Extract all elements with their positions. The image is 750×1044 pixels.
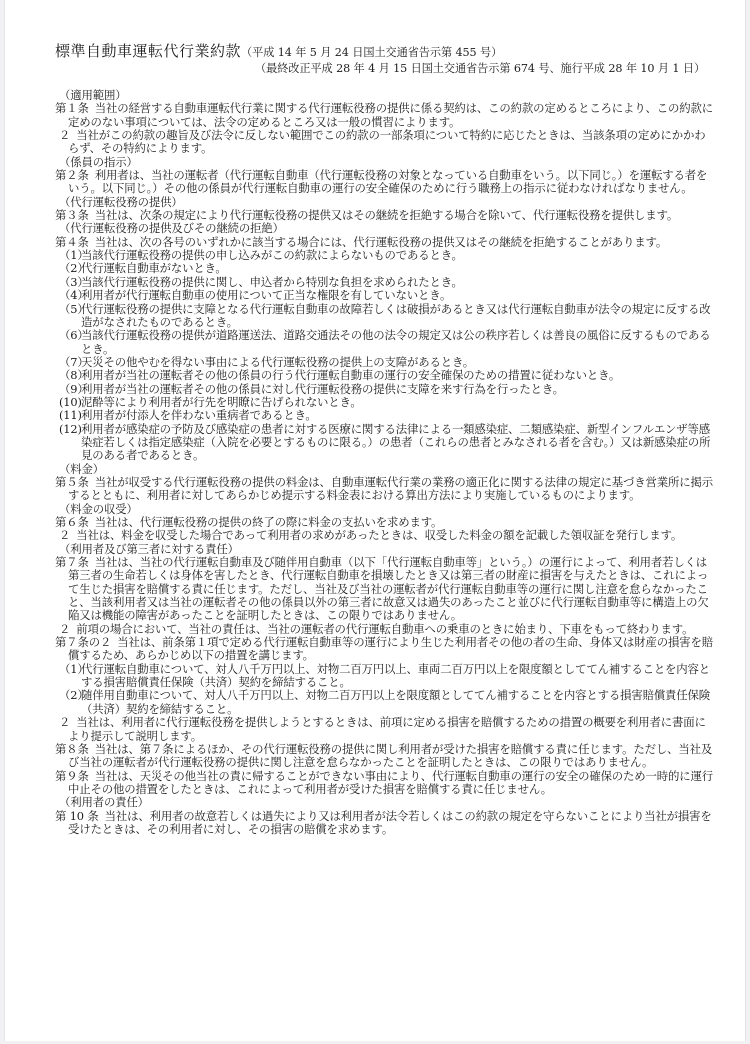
section-heading: （料金） bbox=[55, 463, 715, 476]
revision-note: （最終改正平成 28 年 4 月 15 日国土交通省告示第 674 号、施行平成… bbox=[55, 62, 715, 76]
article-7-paragraph-2: ２前項の場合において、当社の責任は、当社の運転者の代行運転自動車への乗車のときに… bbox=[55, 623, 715, 636]
article-1-paragraph-2: ２当社がこの約款の趣旨及び法令に反しない範囲でこの約款の一部条項について特約に応… bbox=[55, 129, 715, 156]
paragraph-text: 当社は、利用者に代行運転役務を提供しようとするときは、前項に定める損害を賠償する… bbox=[68, 715, 706, 742]
item-number: （4） bbox=[59, 289, 81, 302]
item-number: （2） bbox=[59, 689, 81, 702]
section-heading: （係員の指示） bbox=[55, 156, 715, 169]
paragraph-text: 当社がこの約款の趣旨及び法令に反しない範囲でこの約款の一部条項について特約に応じ… bbox=[68, 128, 706, 155]
list-item: (11)利用者が付添人を伴わない重病者であるとき。 bbox=[55, 409, 715, 422]
item-text: 当該代行運転役務の提供に関し、申込者から特別な負担を求められたとき。 bbox=[81, 275, 463, 289]
article-4: 第４条当社は、次の各号のいずれかに該当する場合には、代行運転役務の提供又はその継… bbox=[55, 236, 715, 249]
document-header: 標準自動車運転代行業約款（平成 14 年 5 月 24 日国土交通省告示第 45… bbox=[55, 42, 715, 62]
article-text: 当社は、天災その他当社の責に帰することができない事由により、代行運転自動車の運行… bbox=[68, 769, 713, 796]
article-text: 当社は、第７条によるほか、その代行運転役務の提供に関し利用者が受けた損害を賠償す… bbox=[68, 742, 712, 769]
list-item: （7）天災その他やむを得ない事由による代行運転役務の提供上の支障があるとき。 bbox=[55, 356, 715, 369]
item-number: （6） bbox=[59, 329, 81, 342]
paragraph-number: ２ bbox=[59, 715, 70, 729]
section-heading: （料金の収受） bbox=[55, 503, 715, 516]
item-text: 代行運転自動車について、対人八千万円以上、対物二百万円以上、車両二百万円以上を限… bbox=[81, 662, 710, 689]
list-item: （4）利用者が代行運転自動車の使用について正当な権限を有していないとき。 bbox=[55, 289, 715, 302]
item-number: (10) bbox=[59, 396, 81, 409]
article-2: 第２条利用者は、当社の運転者（代行運転自動車（代行運転役務の対象となっている自動… bbox=[55, 169, 715, 196]
article-7: 第７条当社は、当社の代行運転自動車及び随伴用自動車（以下「代行運転自動車等」とい… bbox=[55, 556, 715, 623]
article-number: 第７条 bbox=[55, 555, 89, 569]
article-text: 当社は、利用者の故意若しくは過失により又は利用者が法令若しくはこの約款の規定を守… bbox=[68, 809, 712, 836]
article-number: 第１条 bbox=[55, 101, 89, 115]
item-text: 代行運転役務の提供に支障となる代行運転自動車の故障若しくは破損があるとき又は代行… bbox=[81, 302, 710, 329]
article-text: 当社は、前条第１項で定める代行運転自動車等の運行により生じた利用者その他の者の生… bbox=[68, 635, 713, 662]
item-text: 利用者が感染症の予防及び感染症の患者に対する医療に関する法律による一類感染症、二… bbox=[81, 422, 710, 463]
paragraph-number: ２ bbox=[59, 528, 70, 542]
section-heading: （利用者及び第三者に対する責任） bbox=[55, 543, 715, 556]
list-item: (10)泥酔等により利用者が行先を明瞭に告げられないとき。 bbox=[55, 396, 715, 409]
section-heading: （利用者の責任） bbox=[55, 796, 715, 809]
article-9: 第９条当社は、天災その他当社の責に帰することができない事由により、代行運転自動車… bbox=[55, 770, 715, 797]
article-1: 第１条当社の経営する自動車運転代行業に関する代行運転役務の提供に係る契約は、この… bbox=[55, 102, 715, 129]
article-7-2: 第７条の２当社は、前条第１項で定める代行運転自動車等の運行により生じた利用者その… bbox=[55, 636, 715, 663]
list-item: （6）当該代行運転役務の提供が道路運送法、道路交通法その他の法令の規定又は公の秩… bbox=[55, 329, 715, 356]
item-text: 代行運転自動車がないとき。 bbox=[81, 261, 227, 275]
item-text: 天災その他やむを得ない事由による代行運転役務の提供上の支障があるとき。 bbox=[81, 355, 474, 369]
article-10: 第 10 条当社は、利用者の故意若しくは過失により又は利用者が法令若しくはこの約… bbox=[55, 810, 715, 837]
item-number: （8） bbox=[59, 369, 81, 382]
section-heading: （適用範囲） bbox=[55, 89, 715, 102]
paragraph-text: 当社は、料金を収受した場合であって利用者の求めがあったときは、収受した料金の額を… bbox=[76, 528, 682, 542]
article-text: 利用者は、当社の運転者（代行運転自動車（代行運転役務の対象となっている自動車をい… bbox=[68, 168, 707, 195]
item-number: （3） bbox=[59, 276, 81, 289]
article-number: 第８条 bbox=[55, 742, 89, 756]
list-item: （2）随伴用自動車について、対人八千万円以上、対物二百万円以上を限度額としててん… bbox=[55, 689, 715, 716]
list-item: (12)利用者が感染症の予防及び感染症の患者に対する医療に関する法律による一類感… bbox=[55, 423, 715, 463]
document-body: 標準自動車運転代行業約款（平成 14 年 5 月 24 日国土交通省告示第 45… bbox=[55, 42, 715, 836]
item-number: （1） bbox=[59, 249, 81, 262]
article-text: 当社が収受する代行運転役務の提供の料金は、自動車運転代行業の業務の適正化に関する… bbox=[68, 475, 713, 502]
article-text: 当社の経営する自動車運転代行業に関する代行運転役務の提供に係る契約は、この約款の… bbox=[68, 101, 713, 128]
item-number: (12) bbox=[59, 423, 81, 436]
item-number: （2） bbox=[59, 262, 81, 275]
article-7-2-paragraph-2: ２当社は、利用者に代行運転役務を提供しようとするときは、前項に定める損害を賠償す… bbox=[55, 716, 715, 743]
paragraph-number: ２ bbox=[59, 622, 70, 636]
list-item: （3）当該代行運転役務の提供に関し、申込者から特別な負担を求められたとき。 bbox=[55, 276, 715, 289]
article-6-paragraph-2: ２当社は、料金を収受した場合であって利用者の求めがあったときは、収受した料金の額… bbox=[55, 529, 715, 542]
article-text: 当社は、当社の代行運転自動車及び随伴用自動車（以下「代行運転自動車等」という。）… bbox=[68, 555, 709, 622]
item-text: 随伴用自動車について、対人八千万円以上、対物二百万円以上を限度額としててん補する… bbox=[81, 688, 710, 715]
item-text: 利用者が当社の運転者その他の係員に対し代行運転役務の提供に支障を来す行為を行った… bbox=[81, 382, 564, 396]
article-number: 第２条 bbox=[55, 168, 89, 182]
item-text: 当該代行運転役務の提供の申し込みがこの約款によらないものであるとき。 bbox=[81, 248, 463, 262]
article-number: 第３条 bbox=[55, 208, 89, 222]
article-number: 第９条 bbox=[55, 769, 89, 783]
list-item: （9）利用者が当社の運転者その他の係員に対し代行運転役務の提供に支障を来す行為を… bbox=[55, 383, 715, 396]
paragraph-number: ２ bbox=[59, 128, 70, 142]
article-number: 第６条 bbox=[55, 515, 89, 529]
document-title: 標準自動車運転代行業約款 bbox=[55, 42, 241, 60]
article-5: 第５条当社が収受する代行運転役務の提供の料金は、自動車運転代行業の業務の適正化に… bbox=[55, 476, 715, 503]
item-number: （1） bbox=[59, 663, 81, 676]
item-text: 利用者が当社の運転者その他の係員の行う代行運転自動車の運行の安全確保のための措置… bbox=[81, 368, 620, 382]
notice-reference: （平成 14 年 5 月 24 日国土交通省告示第 455 号） bbox=[241, 46, 502, 59]
article-text: 当社は、次条の規定により代行運転役務の提供又はその継続を拒絶する場合を除いて、代… bbox=[95, 208, 678, 222]
paragraph-text: 前項の場合において、当社の責任は、当社の運転者の代行運転自動車への乗車のときに始… bbox=[76, 622, 693, 636]
list-item: （1）代行運転自動車について、対人八千万円以上、対物二百万円以上、車両二百万円以… bbox=[55, 663, 715, 690]
article-text: 当社は、次の各号のいずれかに該当する場合には、代行運転役務の提供又はその継続を拒… bbox=[95, 235, 667, 249]
article-number: 第４条 bbox=[55, 235, 89, 249]
article-number: 第７条の２ bbox=[55, 635, 111, 649]
item-text: 利用者が代行運転自動車の使用について正当な権限を有していないとき。 bbox=[81, 288, 451, 302]
article-text: 当社は、代行運転役務の提供の終了の際に料金の支払いを求めます。 bbox=[95, 515, 443, 529]
item-text: 泥酔等により利用者が行先を明瞭に告げられないとき。 bbox=[81, 395, 362, 409]
article-6: 第６条当社は、代行運転役務の提供の終了の際に料金の支払いを求めます。 bbox=[55, 516, 715, 529]
list-item: （5）代行運転役務の提供に支障となる代行運転自動車の故障若しくは破損があるとき又… bbox=[55, 303, 715, 330]
document-page: 標準自動車運転代行業約款（平成 14 年 5 月 24 日国土交通省告示第 45… bbox=[4, 0, 746, 1041]
item-text: 利用者が付添人を伴わない重病者であるとき。 bbox=[81, 408, 317, 422]
list-item: （2）代行運転自動車がないとき。 bbox=[55, 262, 715, 275]
article-number: 第 10 条 bbox=[55, 809, 99, 823]
article-number: 第５条 bbox=[55, 475, 89, 489]
article-8: 第８条当社は、第７条によるほか、その代行運転役務の提供に関し利用者が受けた損害を… bbox=[55, 743, 715, 770]
item-number: （7） bbox=[59, 356, 81, 369]
list-item: （8）利用者が当社の運転者その他の係員の行う代行運転自動車の運行の安全確保のため… bbox=[55, 369, 715, 382]
item-number: （5） bbox=[59, 303, 81, 316]
article-3: 第３条当社は、次条の規定により代行運転役務の提供又はその継続を拒絶する場合を除い… bbox=[55, 209, 715, 222]
section-heading: （代行運転役務の提供及びその継続の拒絶） bbox=[55, 222, 715, 235]
section-heading: （代行運転役務の提供） bbox=[55, 196, 715, 209]
item-number: （9） bbox=[59, 383, 81, 396]
item-number: (11) bbox=[59, 409, 81, 422]
item-text: 当該代行運転役務の提供が道路運送法、道路交通法その他の法令の規定又は公の秩序若し… bbox=[81, 328, 710, 355]
list-item: （1）当該代行運転役務の提供の申し込みがこの約款によらないものであるとき。 bbox=[55, 249, 715, 262]
